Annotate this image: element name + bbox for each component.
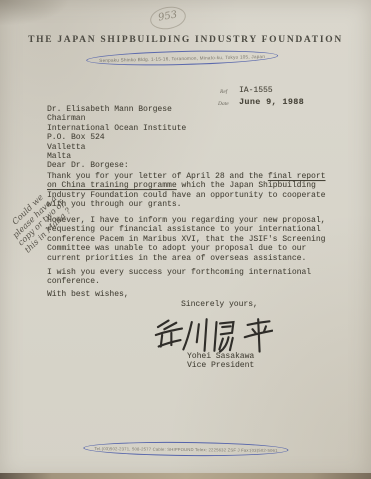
date-label: Date [218,101,229,107]
letter-date: June 9, 1988 [239,98,304,107]
salutation: Dear Dr. Borgese: [47,161,129,170]
handwritten-signature [153,317,273,353]
closing-sincerely: Sincerely yours, [181,300,258,309]
pen-circle-address: Senpaku Shinko Bldg. 1-15-16, Toranomon,… [86,49,278,68]
scan-edge-bottom [0,473,371,479]
pen-circle-footer: Tel.(03)502-2371, 508-2577 Cable: SHIPFO… [83,441,288,457]
paragraph-2: However, I have to inform you regarding … [47,216,341,263]
paragraph-1-text: Thank you for your letter of April 28 an… [47,172,268,181]
letterhead-title: THE JAPAN SHIPBUILDING INDUSTRY FOUNDATI… [0,35,371,45]
footer-contact-line: Tel.(03)502-2371, 508-2577 Cable: SHIPFO… [94,446,277,453]
scanned-letter-page: 953 THE JAPAN SHIPBUILDING INDUSTRY FOUN… [0,0,371,479]
ref-number: IA-1555 [239,86,273,95]
recipient-address-block: Dr. Elisabeth Mann Borgese Chairman Inte… [47,105,186,161]
paragraph-3: I wish you every success your forthcomin… [47,268,341,287]
paragraph-1: Thank you for your letter of April 28 an… [47,172,341,210]
letterhead-address: Senpaku Shinko Bldg. 1-15-16, Toranomon,… [99,54,265,63]
closing-best-wishes: With best wishes, [47,290,129,299]
pencil-annotation: 953 [148,4,187,32]
signer-name: Yohei Sasakawa [187,352,254,361]
signer-title: Vice President [187,361,254,370]
ref-label: Ref [220,89,227,95]
scan-shadow-top-left [0,0,70,26]
